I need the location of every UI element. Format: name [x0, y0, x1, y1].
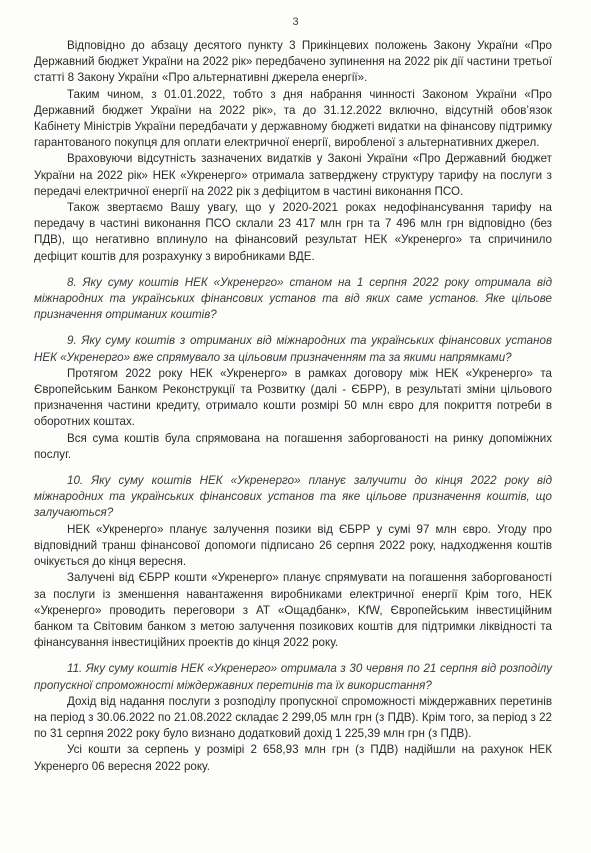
document-page: 3 Відповідно до абзацу десятого пункту 3…: [0, 0, 591, 853]
paragraph-tariff-deficit: Враховуючи відсутність зазначених видатк…: [34, 151, 552, 200]
paragraph-cabinet-obligation: Таким чином, з 01.01.2022, тобто з дня н…: [34, 87, 552, 152]
paragraph-ebrd-loan: НЕК «Укренерго» планує залучення позики …: [34, 522, 552, 571]
paragraph-august-funds: Усі кошти за серпень у розмірі 2 658,93 …: [34, 742, 552, 774]
question-8: 8. Яку суму коштів НЕК «Укренерго» стано…: [34, 275, 552, 324]
question-9: 9. Яку суму коштів з отриманих від міжна…: [34, 333, 552, 365]
question-10: 10. Яку суму коштів НЕК «Укренерго» план…: [34, 473, 552, 522]
paragraph-ebrd-credit: Протягом 2022 року НЕК «Укренерго» в рам…: [34, 366, 552, 431]
paragraph-capacity-income: Дохід від надання послуги з розподілу пр…: [34, 694, 552, 743]
document-body: Відповідно до абзацу десятого пункту 3 П…: [34, 38, 552, 775]
paragraph-ancillary-debt: Вся сума коштів була спрямована на погаш…: [34, 431, 552, 463]
question-11: 11. Яку суму коштів НЕК «Укренерго» отри…: [34, 661, 552, 693]
paragraph-budget-law: Відповідно до абзацу десятого пункту 3 П…: [34, 38, 552, 87]
paragraph-underfunding: Також звертаємо Вашу увагу, що у 2020-20…: [34, 200, 552, 265]
page-number: 3: [0, 16, 591, 28]
paragraph-negotiations: Залучені від ЄБРР кошти «Укренерго» план…: [34, 570, 552, 651]
